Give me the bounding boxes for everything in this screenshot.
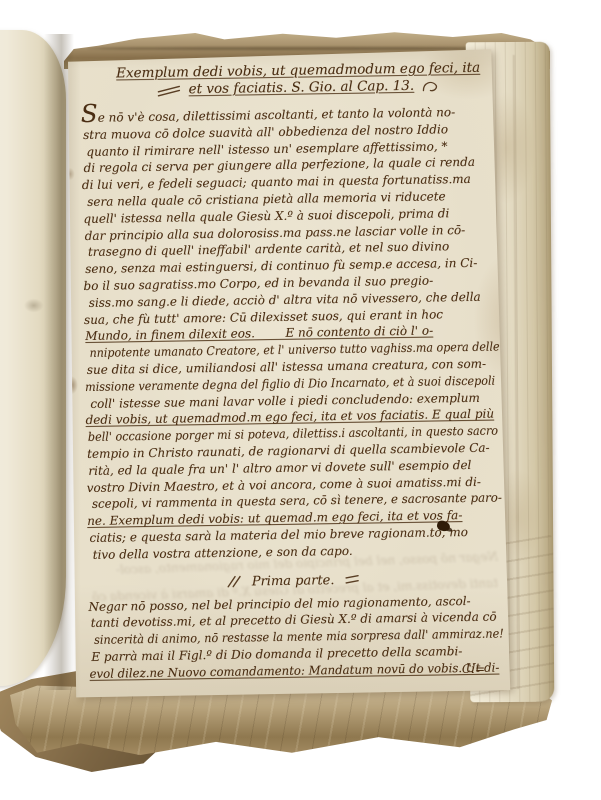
body-paragraph-2: Negar nō posso, nel bel principio del mi…: [88, 592, 499, 682]
double-slash-flourish-icon: [226, 575, 242, 589]
section-heading: Prima parte.: [88, 570, 498, 591]
manuscript-photo: Negar nō posso, nel bel principio del mi…: [0, 0, 601, 800]
paper-sheet: Negar nō posso, nel bel principio del mi…: [58, 42, 513, 702]
dash-flourish-icon: [157, 83, 181, 97]
manuscript-page: Negar nō posso, nel bel principio del mi…: [58, 42, 513, 702]
body-paragraph-1: Se nō v'è cosa, dilettissimi ascoltanti,…: [81, 101, 498, 564]
handwritten-text: Exemplum dedi vobis, ut quemadmodum ego …: [80, 60, 500, 683]
latin-epigraph: Exemplum dedi vobis, ut quemadmodum ego …: [80, 60, 490, 100]
section-heading-text: Prima parte.: [252, 573, 335, 589]
catchword: Ci=: [462, 662, 485, 676]
curl-flourish-icon: [421, 78, 439, 94]
double-dash-flourish-icon: [344, 574, 360, 586]
epigraph-line-2: et vos faciatis. S. Gio. al Cap. 13.: [188, 78, 414, 99]
